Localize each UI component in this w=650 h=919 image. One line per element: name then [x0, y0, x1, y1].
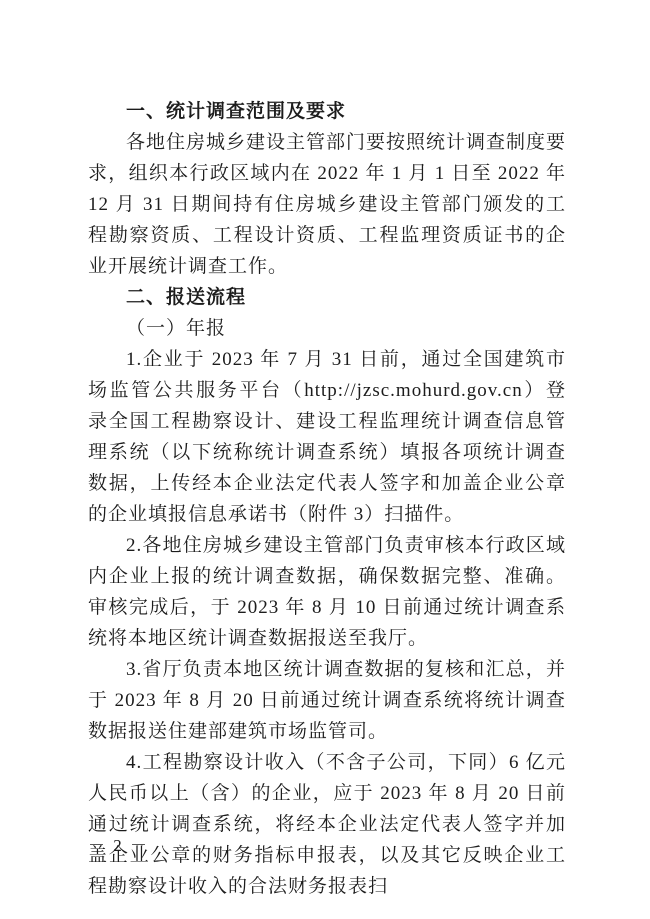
paragraph-survey-scope: 各地住房城乡建设主管部门要按照统计调查制度要求，组织本行政区域内在 2022 年… — [88, 127, 566, 282]
subsection-heading-annual-report: （一）年报 — [88, 313, 566, 344]
paragraph-item-1-enterprise-filing: 1.企业于 2023 年 7 月 31 日前，通过全国建筑市场监管公共服务平台（… — [88, 344, 566, 530]
paragraph-item-2-local-authority-review: 2.各地住房城乡建设主管部门负责审核本行政区域内企业上报的统计调查数据，确保数据… — [88, 530, 566, 654]
section-heading-survey-scope: 一、统计调查范围及要求 — [88, 96, 566, 127]
document-body: 一、统计调查范围及要求 各地住房城乡建设主管部门要按照统计调查制度要求，组织本行… — [88, 96, 566, 902]
page-number: － 2 － — [88, 831, 149, 856]
section-heading-reporting-process: 二、报送流程 — [88, 282, 566, 313]
paragraph-item-4-financial-reporting: 4.工程勘察设计收入（不含子公司，下同）6 亿元人民币以上（含）的企业，应于 2… — [88, 747, 566, 902]
paragraph-item-3-provincial-review: 3.省厅负责本地区统计调查数据的复核和汇总，并于 2023 年 8 月 20 日… — [88, 654, 566, 747]
document-page: 一、统计调查范围及要求 各地住房城乡建设主管部门要按照统计调查制度要求，组织本行… — [0, 0, 650, 919]
